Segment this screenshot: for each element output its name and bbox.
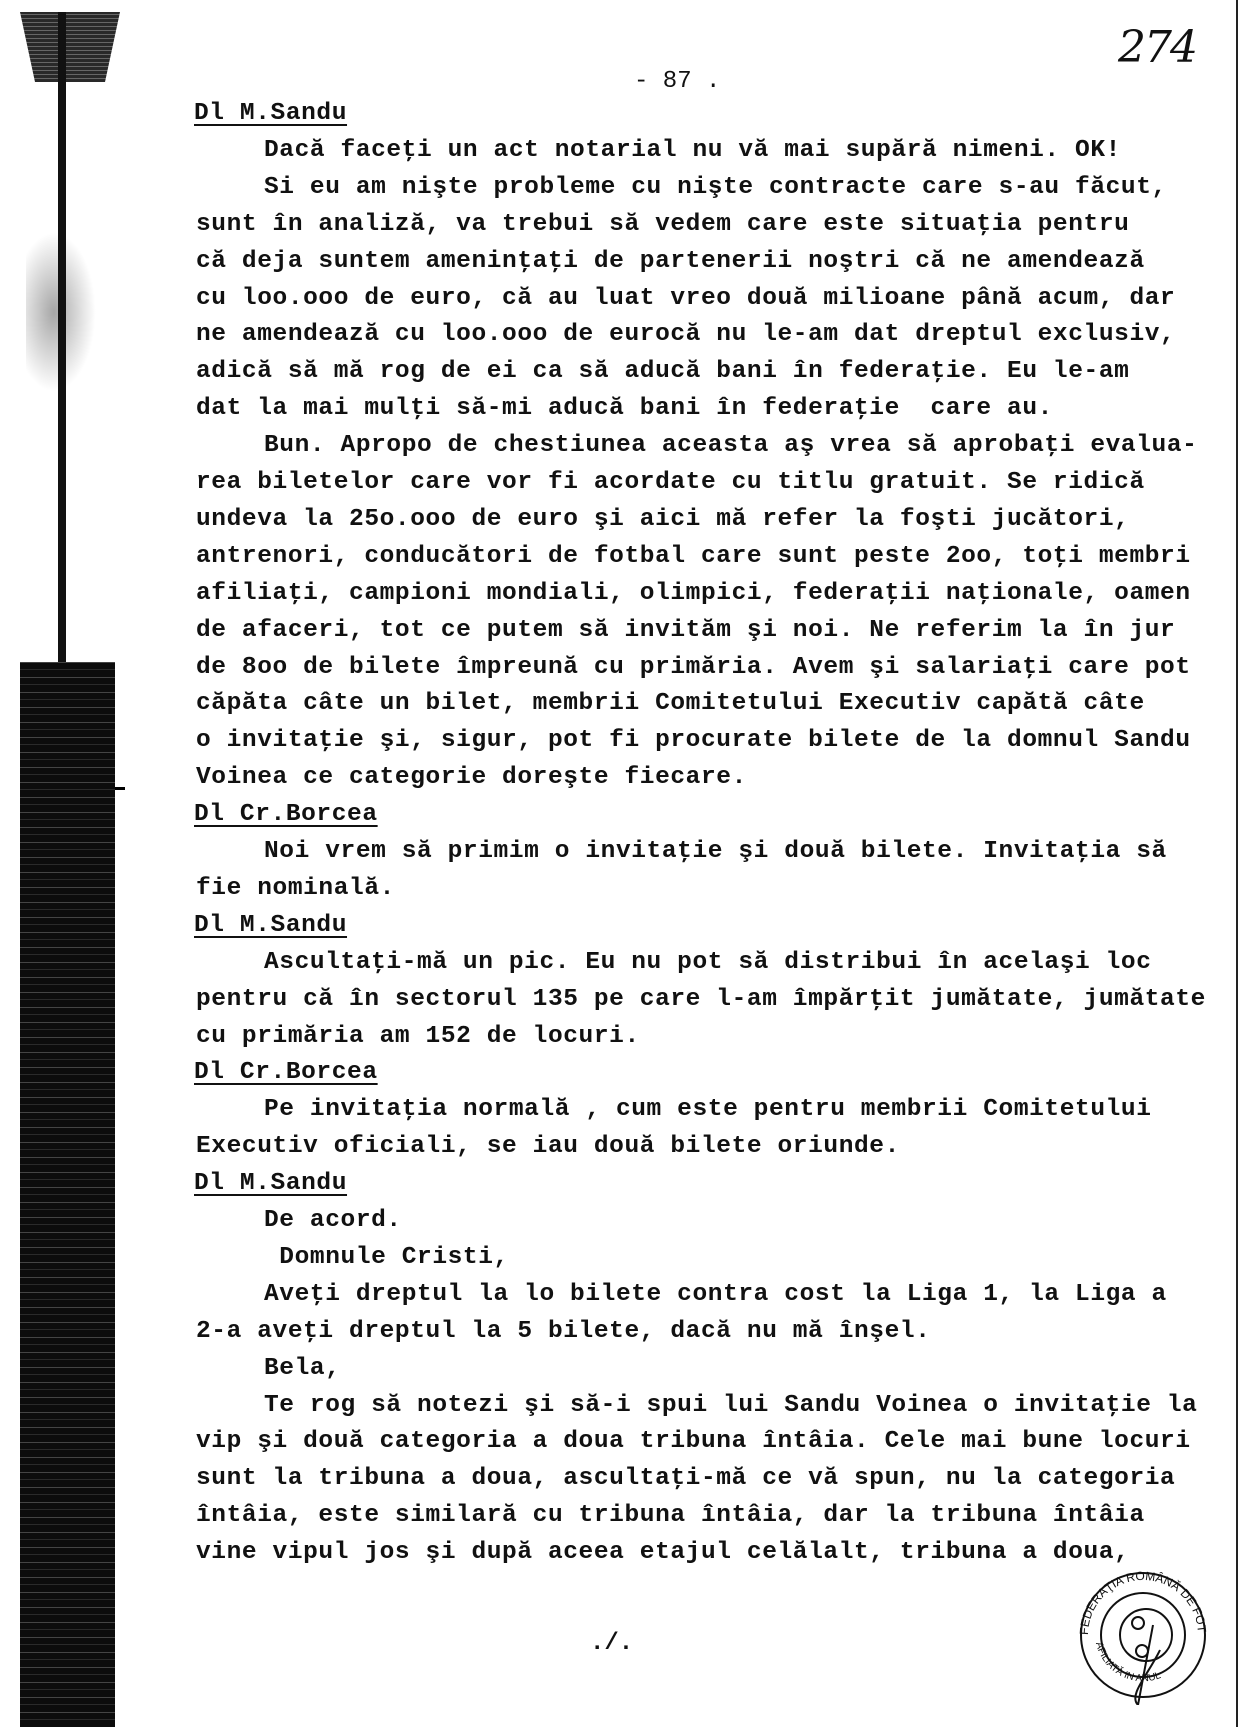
scan-right-edge xyxy=(1236,0,1238,1727)
scan-binding-shadow xyxy=(20,12,120,1727)
football-stamp-icon: FEDERAŢIA ROMÂNĂ DE FOTBAL AFILIATĂ IN A… xyxy=(1068,1555,1218,1705)
handwritten-folio-number: 274 xyxy=(1118,22,1196,73)
continuation-mark: ./. xyxy=(590,1630,633,1657)
speaker-label: Dl M.Sandu xyxy=(194,912,347,939)
scan-noise-top xyxy=(20,12,120,82)
speaker-label: Dl Cr.Borcea xyxy=(194,1059,378,1086)
transcript-line: Voinea ce categorie doreşte fiecare. xyxy=(196,764,747,791)
transcript-line: ne amendează cu loo.ooo de eurocă nu le-… xyxy=(196,321,1175,348)
transcript-line: pentru că în sectorul 135 pe care l-am î… xyxy=(196,986,1206,1013)
transcript-line: adică să mă rog de ei ca să aducă bani î… xyxy=(196,358,1129,385)
transcript-line: Bela, xyxy=(264,1355,341,1382)
transcript-line: cu loo.ooo de euro, că au luat vreo două… xyxy=(196,285,1175,312)
transcript-line: de afaceri, tot ce putem să invităm şi n… xyxy=(196,617,1175,644)
transcript-line: 2-a aveţi dreptul la 5 bilete, dacă nu m… xyxy=(196,1318,931,1345)
stamp-outer-text: FEDERAŢIA ROMÂNĂ DE FOTBAL xyxy=(1068,1555,1209,1635)
transcript-line: vip şi două categoria a doua tribuna înt… xyxy=(196,1428,1191,1455)
svg-text:FEDERAŢIA ROMÂNĂ DE FOTBAL: FEDERAŢIA ROMÂNĂ DE FOTBAL xyxy=(1068,1555,1209,1635)
transcript-line: cu primăria am 152 de locuri. xyxy=(196,1023,640,1050)
transcript-line: de 8oo de bilete împreună cu primăria. A… xyxy=(196,654,1191,681)
transcript-line: undeva la 25o.ooo de euro şi aici mă ref… xyxy=(196,506,1129,533)
transcript-line: Executiv oficiali, se iau două bilete or… xyxy=(196,1133,900,1160)
transcript-line: Aveţi dreptul la lo bilete contra cost l… xyxy=(264,1281,1167,1308)
transcript-line: Noi vrem să primim o invitaţie şi două b… xyxy=(264,838,1167,865)
transcript-line: Pe invitaţia normală , cum este pentru m… xyxy=(264,1096,1152,1123)
transcript-line: că deja suntem ameninţaţi de partenerii … xyxy=(196,248,1145,275)
transcript-line: Domnule Cristi, xyxy=(264,1244,509,1271)
transcript-line: Si eu am nişte probleme cu nişte contrac… xyxy=(264,174,1167,201)
transcript-line: rea biletelor care vor fi acordate cu ti… xyxy=(196,469,1145,496)
transcript-line: vine vipul jos şi după aceea etajul celă… xyxy=(196,1539,1129,1566)
transcript-line: afiliaţi, campioni mondiali, olimpici, f… xyxy=(196,580,1191,607)
transcript-line: căpăta câte un bilet, membrii Comitetulu… xyxy=(196,690,1145,717)
transcript-line: o invitaţie şi, sigur, pot fi procurate … xyxy=(196,727,1191,754)
transcript-line: întâia, este similară cu tribuna întâia,… xyxy=(196,1502,1145,1529)
transcript-line: dat la mai mulţi să-mi aducă bani în fed… xyxy=(196,395,1053,422)
transcript-line: sunt în analiză, va trebui să vedem care… xyxy=(196,211,1129,238)
transcript-line: Dacă faceţi un act notarial nu vă mai su… xyxy=(264,137,1121,164)
scan-edge-dark-band xyxy=(20,662,115,1727)
page-number: - 87 . xyxy=(634,68,720,95)
transcript-line: De acord. xyxy=(264,1207,402,1234)
transcript-line: Bun. Apropo de chestiunea aceasta aş vre… xyxy=(264,432,1197,459)
speaker-label: Dl Cr.Borcea xyxy=(194,801,378,828)
transcript-line: sunt la tribuna a doua, ascultaţi-mă ce … xyxy=(196,1465,1175,1492)
speaker-label: Dl M.Sandu xyxy=(194,1170,347,1197)
transcript-line: antrenori, conducători de fotbal care su… xyxy=(196,543,1191,570)
speaker-label: Dl M.Sandu xyxy=(194,100,347,127)
transcript-line: Te rog să notezi şi să-i spui lui Sandu … xyxy=(264,1392,1197,1419)
transcript-line: Ascultaţi-mă un pic. Eu nu pot să distri… xyxy=(264,949,1152,976)
transcript-line: fie nominală. xyxy=(196,875,395,902)
